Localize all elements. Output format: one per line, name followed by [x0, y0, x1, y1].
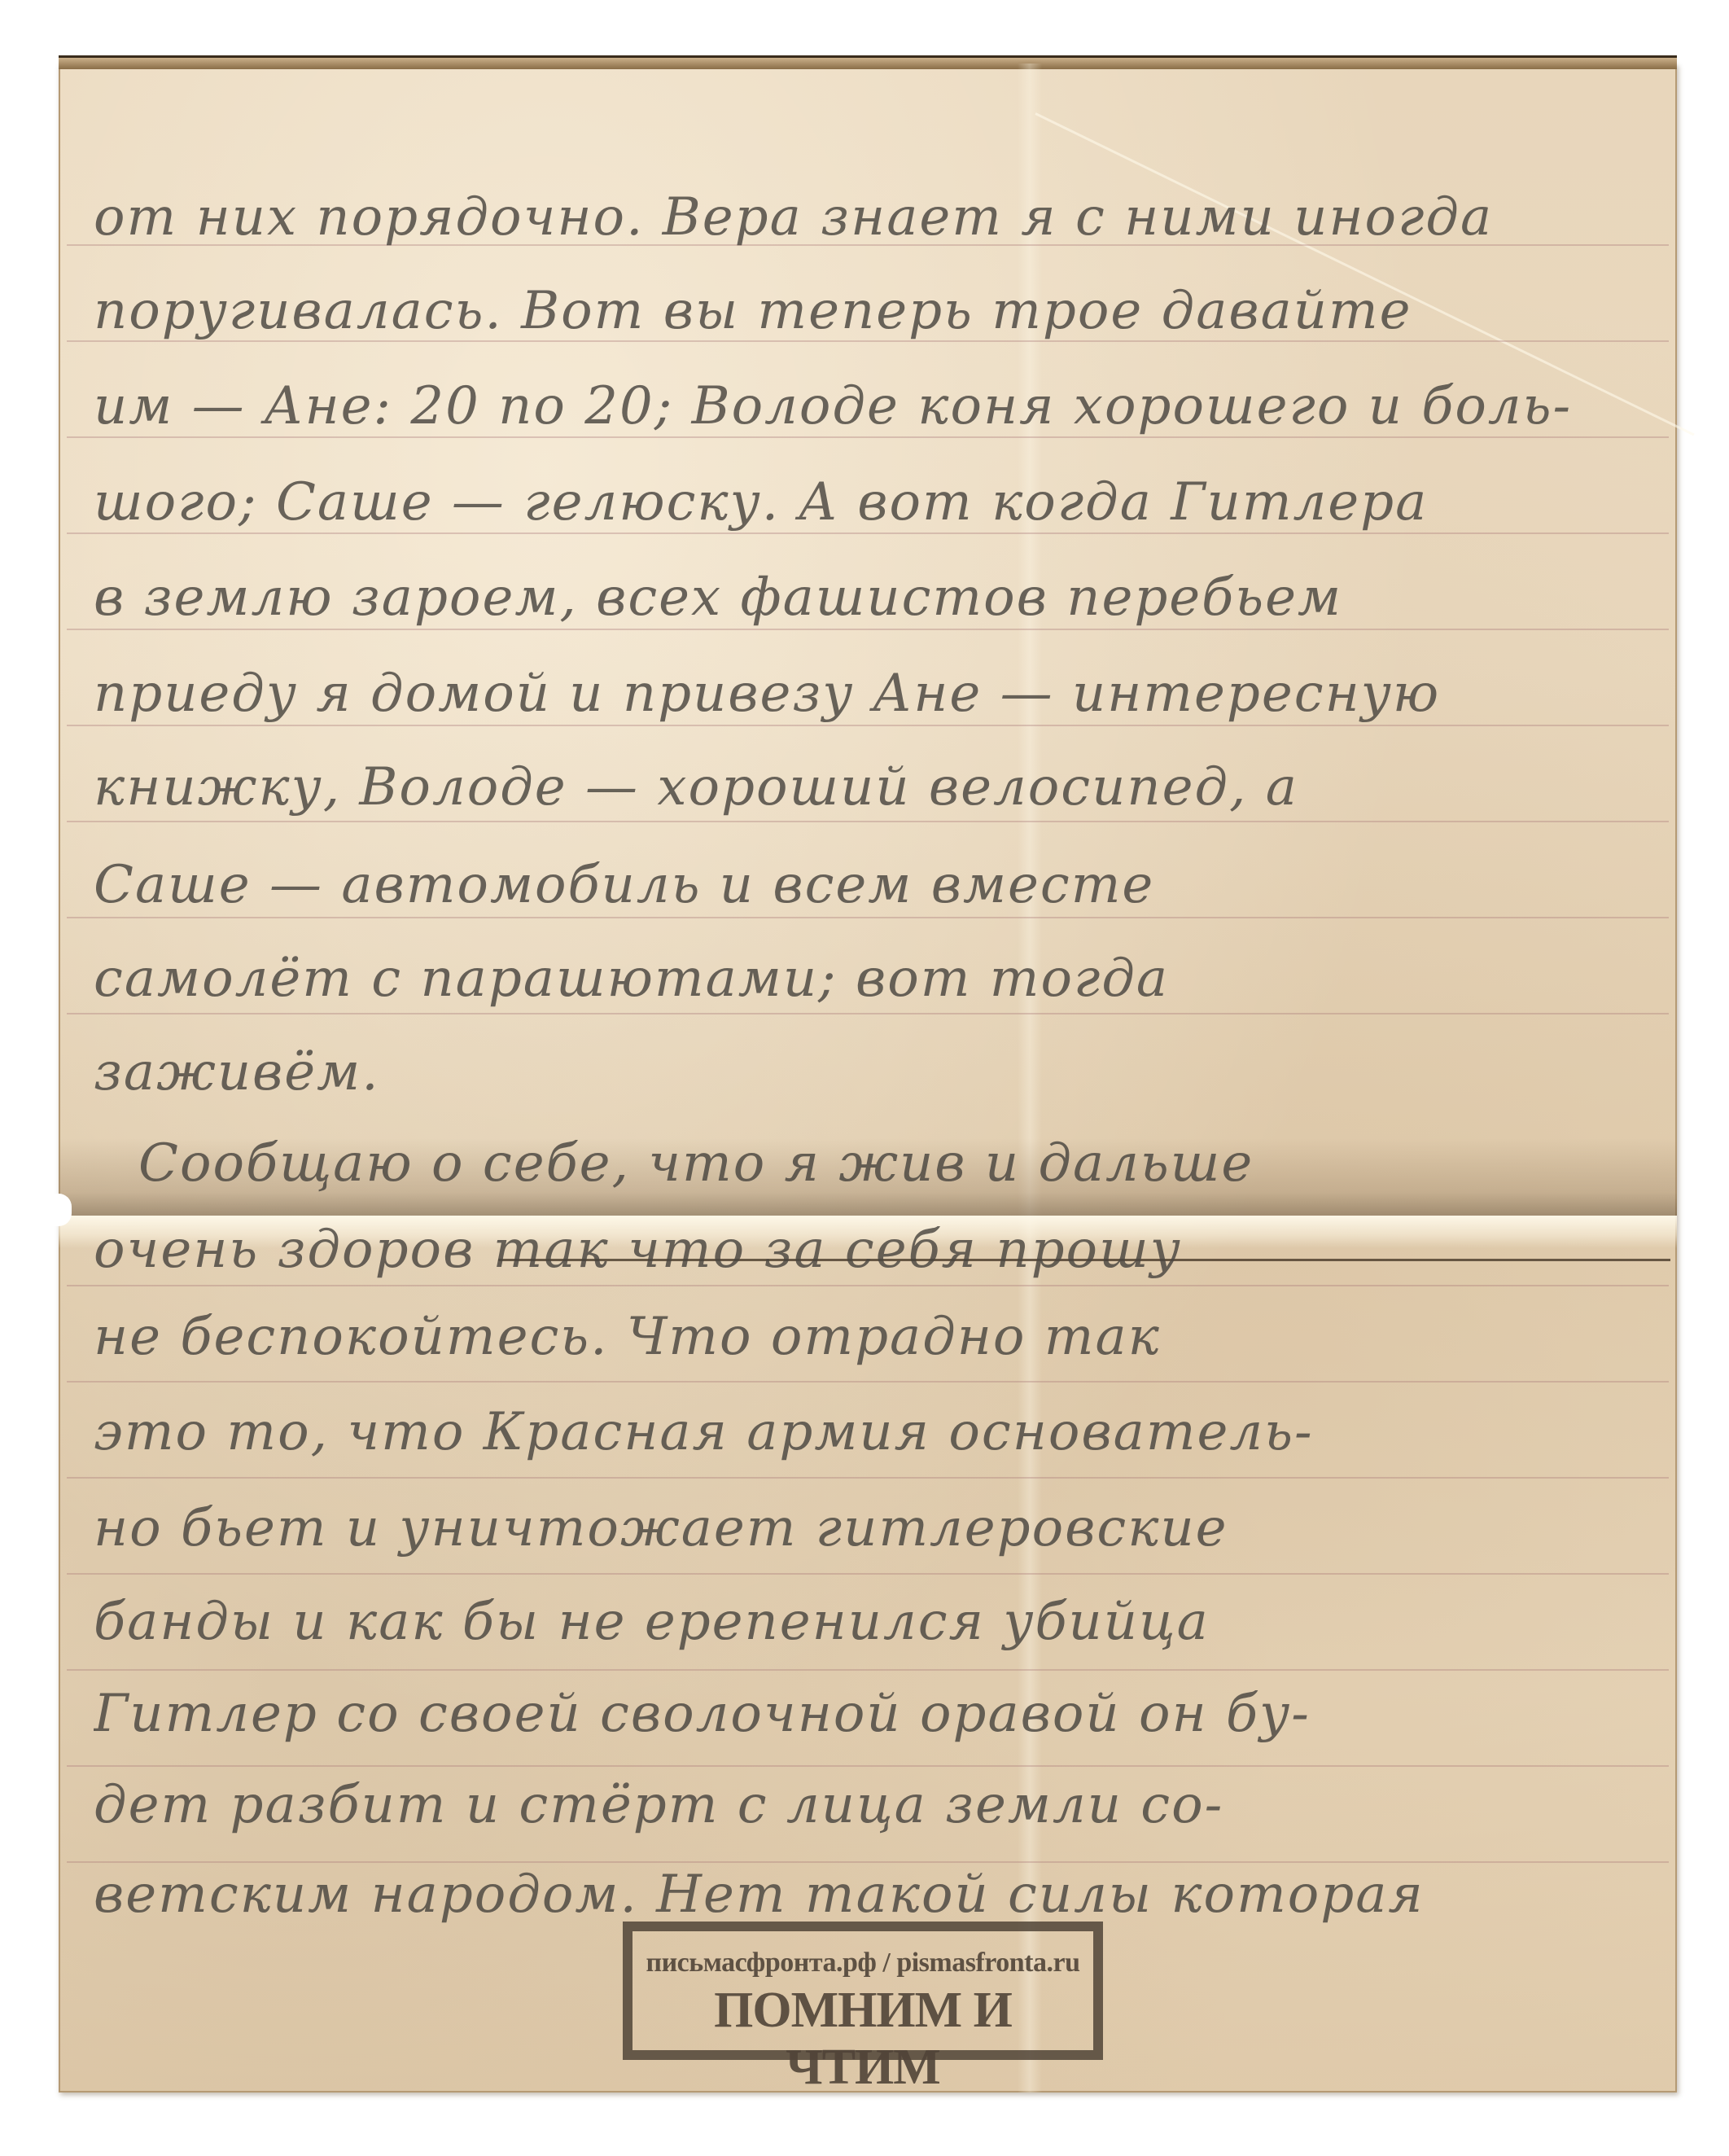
letter-line: это то, что Красная армия основатель- [94, 1402, 1696, 1462]
letter-line: банды и как бы не ерепенился убийца [94, 1592, 1696, 1652]
ruled-line [67, 1765, 1669, 1767]
ruled-line [67, 1669, 1669, 1671]
letter-line: в землю зароем, всех фашистов перебьем [94, 567, 1696, 628]
letter-line: Сообщаю о себе, что я жив и дальше [138, 1133, 1696, 1194]
letter-line: не беспокойтесь. Что отрадно так [94, 1307, 1696, 1367]
ruled-line [67, 821, 1669, 822]
paper-edge-notch [47, 1194, 72, 1226]
ruled-line [67, 1573, 1669, 1575]
letter-line: поругивалась. Вот вы теперь трое давайте [94, 281, 1696, 341]
ruled-line [67, 1013, 1669, 1014]
letter-line: ветским народом. Нет такой силы которая [94, 1865, 1696, 1925]
watermark-url: письмасфронта.рф / pismasfronta.ru [633, 1948, 1093, 1979]
ruled-line [67, 725, 1669, 726]
watermark-stamp: письмасфронта.рф / pismasfronta.ru ПОМНИ… [623, 1922, 1103, 2060]
letter-line: приеду я домой и привезу Ане — интересну… [94, 664, 1696, 724]
ruled-line [67, 1285, 1669, 1286]
letter-line: шого; Саше — гелюску. А вот когда Гитлер… [94, 472, 1696, 532]
ruled-line [67, 1477, 1669, 1479]
ruled-line [67, 1381, 1669, 1383]
ruled-line [67, 436, 1669, 438]
ruled-line [67, 1861, 1669, 1863]
letter-line: дет разбит и стёрт с лица земли со- [94, 1775, 1696, 1835]
watermark-title: ПОМНИМ И ЧТИМ [633, 1982, 1093, 2096]
letter-line: книжку, Володе — хороший велосипед, а [94, 757, 1696, 817]
paper-top-edge [59, 55, 1677, 69]
letter-line: но бьет и уничтожает гитлеровские [94, 1498, 1696, 1558]
letter-line: очень здоров так что за себя прошу [94, 1220, 1696, 1280]
ruled-line [67, 532, 1669, 534]
letter-line: от них порядочно. Вера знает я с ними ин… [94, 187, 1696, 248]
letter-line: Гитлер со своей сволочной оравой он бу- [94, 1684, 1696, 1744]
letter-line: самолёт с парашютами; вот тогда [94, 949, 1696, 1009]
letter-line: им — Ане: 20 по 20; Володе коня хорошего… [94, 376, 1696, 436]
ruled-line [67, 629, 1669, 630]
letter-line: Саше — автомобиль и всем вместе [94, 855, 1696, 915]
letter-line: заживём. [94, 1042, 1696, 1102]
ruled-line [67, 917, 1669, 918]
